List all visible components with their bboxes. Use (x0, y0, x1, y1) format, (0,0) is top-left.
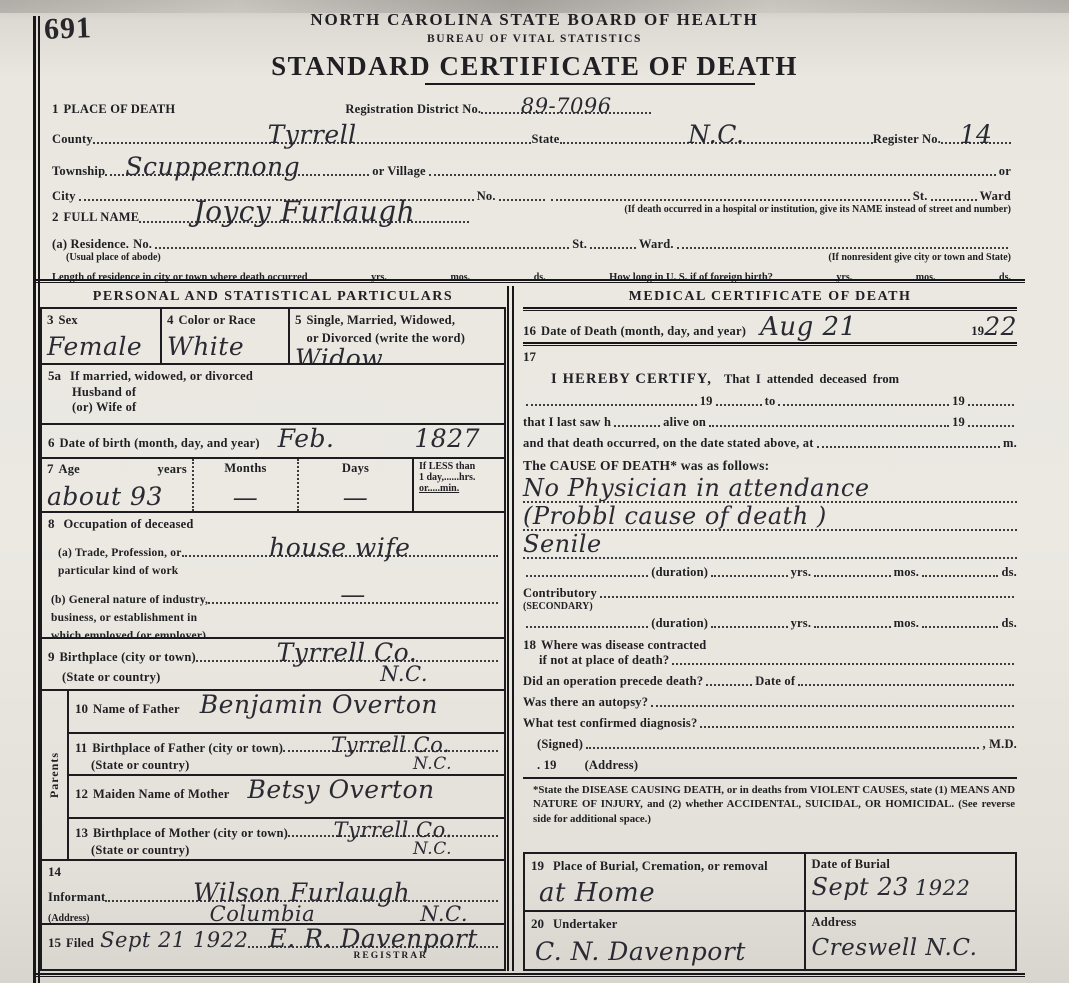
sex-label: Sex (59, 313, 78, 327)
place-of-death-label: PLACE OF DEATH (64, 102, 176, 117)
abode-note: (Usual place of abode) (66, 252, 161, 263)
mother-name-row: 12 Maiden Name of Mother Betsy Overton (69, 776, 504, 819)
item-number: 14 (48, 864, 61, 879)
father-bp-label: Birthplace of Father (city or town) (92, 741, 283, 756)
burial-date-value: Sept 23 (812, 876, 909, 899)
dotted-leader (590, 246, 636, 249)
register-no-field: 14 (941, 123, 1011, 144)
item-5a-box: 5a If married, widowed, or divorced Husb… (40, 365, 506, 425)
occ-a-value: house wife (269, 536, 410, 560)
age-less-label-2: 1 day,......hrs. (419, 472, 499, 483)
father-birthplace-row: 11 Birthplace of Father (city or town) T… (69, 734, 504, 777)
dotted-leader (814, 574, 890, 577)
age-days-label: Days (304, 461, 407, 476)
bottom-rule (34, 973, 1025, 977)
informant-address-label: (Address) (48, 913, 89, 924)
q18-label-1: Where was disease contracted (541, 638, 706, 653)
cause-line-3: Senile (523, 533, 1017, 559)
registrar-caption: REGISTRAR (48, 951, 428, 961)
5a-label-3: (or) Wife of (72, 400, 498, 415)
age-months-value: — (199, 486, 292, 510)
m-label: m. (1003, 436, 1017, 451)
birthplace-label: Birthplace (city or town) (60, 650, 196, 665)
age-years-cell: 7 Age years about 93 (42, 459, 192, 511)
item-number: 1 (52, 101, 59, 117)
medical-column-title: MEDICAL CERTIFICATE OF DEATH (523, 286, 1017, 307)
cause-line-1: No Physician in attendance (523, 477, 1017, 503)
test-line: What test confirmed diagnosis? (523, 716, 1017, 731)
place-of-death-line: 1 PLACE OF DEATH Registration District N… (52, 97, 1011, 117)
occ-b-value: — (340, 583, 366, 607)
form-left-border (33, 16, 40, 983)
occ-a-field: house wife (182, 536, 499, 557)
nonresident-note: (If nonresident give city or town and St… (828, 252, 1011, 263)
occupation-a-line: (a) Trade, Profession, or particular kin… (48, 536, 498, 579)
item-number: 6 (48, 435, 55, 451)
mother-bp-field: Tyrrell Co. (288, 821, 498, 838)
county-label: County (52, 132, 93, 147)
residence-st-label: St. (572, 237, 587, 252)
contributory-label: Contributory (523, 586, 597, 601)
addr19-label: (Address) (585, 758, 639, 773)
dob-month-value: Feb. (278, 427, 335, 451)
marital-label-2: or Divorced (write the word) (307, 331, 466, 345)
scanned-death-certificate: 691 NORTH CAROLINA STATE BOARD OF HEALTH… (0, 0, 1069, 983)
certify-block: 17 I HEREBY CERTIFY, That I attended dec… (523, 348, 1017, 580)
father-bp-value: Tyrrell Co. (331, 736, 450, 756)
mos-label: mos. (894, 565, 919, 580)
occ-a-label-2: particular kind of work (58, 565, 178, 577)
father-value: Benjamin Overton (200, 693, 438, 717)
registration-district-value: 89-7096 (521, 97, 612, 117)
item-number: 18 (523, 637, 536, 653)
item-number: 9 (48, 649, 55, 665)
dotted-leader (716, 403, 762, 406)
full-name-value: Joycy Furlaugh (193, 199, 415, 226)
cause-value-3: Senile (523, 533, 602, 556)
dotted-leader (711, 625, 787, 628)
dotted-leader (323, 173, 369, 176)
column-divider-rule (507, 286, 514, 971)
duration-label: (duration) (651, 616, 708, 631)
full-name-label: FULL NAME (64, 210, 140, 225)
dotted-leader (922, 625, 998, 628)
race-label: Color or Race (179, 313, 256, 327)
informant-box: 14 Informant Wilson Furlaugh (Address) C… (40, 861, 506, 925)
dotted-leader (672, 662, 1014, 665)
item-18-block: 18 Where was disease contracted if not a… (523, 637, 1017, 668)
occupation-b-line: (b) General nature of industry, business… (48, 583, 498, 639)
burial-date-label: Date of Burial (812, 857, 1009, 872)
burial-table: 19 Place of Burial, Cremation, or remova… (523, 852, 1017, 971)
occ-b-field: — (208, 583, 498, 604)
dotted-leader (711, 574, 787, 577)
item-number: 7 (47, 461, 54, 477)
dotted-leader (155, 246, 569, 249)
item-number: 10 (75, 701, 88, 717)
mos-label: mos. (894, 616, 919, 631)
burial-place-value: at Home (539, 881, 798, 906)
burial-place-label: Place of Burial, Cremation, or removal (553, 859, 768, 873)
age-days-cell: Days — (297, 459, 412, 511)
item-number: 5a (48, 368, 61, 383)
occupation-label: Occupation of deceased (64, 517, 194, 531)
parents-vertical-label: Parents (42, 691, 69, 859)
residence-notes-line: (Usual place of abode) (If nonresident g… (52, 252, 1011, 263)
dotted-leader (968, 403, 1014, 406)
birthplace-state-value: N.C. (380, 665, 428, 685)
attended-dates-line: 19 to 19 (523, 394, 1017, 409)
burial-date-cell: Date of Burial Sept 23 1922 (804, 854, 1015, 911)
father-label: Name of Father (93, 702, 180, 717)
last-saw-label: that I last saw h (523, 415, 611, 430)
undertaker-label: Undertaker (553, 917, 618, 931)
mother-value: Betsy Overton (247, 778, 434, 802)
item-number: 16 (523, 323, 536, 339)
age-less-than-cell: If LESS than 1 day,......hrs. or.....min… (412, 459, 504, 511)
dotted-leader (814, 625, 890, 628)
dotted-leader (817, 445, 1000, 448)
or-suffix: or (999, 164, 1011, 179)
title-underline (425, 83, 755, 85)
5a-label-1: If married, widowed, or divorced (70, 369, 253, 383)
item-number: 12 (75, 786, 88, 802)
date-of-label: Date of (755, 674, 795, 689)
certify-bold-text: I HEREBY CERTIFY, (551, 371, 712, 387)
mother-label: Maiden Name of Mother (93, 787, 229, 802)
dotted-leader (922, 574, 998, 577)
dotted-leader (600, 595, 1014, 598)
registrar-signature: E. R. Davenport (268, 927, 477, 951)
section-divider-rule (34, 279, 1025, 283)
residence-line: (a) Residence. No. St. Ward. (52, 237, 1011, 252)
county-value: Tyrrell (268, 123, 357, 147)
residence-label: (a) Residence. (52, 237, 129, 252)
item-number: 15 (48, 935, 61, 951)
dotted-leader (798, 683, 1014, 686)
race-cell: 4Color or Race White (160, 309, 288, 363)
sex-value: Female (47, 335, 155, 359)
test-label: What test confirmed diagnosis? (523, 716, 697, 731)
5a-label-2: Husband of (72, 385, 498, 400)
filed-date-value: Sept 21 1922 (100, 931, 248, 951)
undertaker-row: 20 Undertaker C. N. Davenport Address Cr… (525, 910, 1015, 969)
alive-on-label: alive on (663, 415, 706, 430)
secondary-label: (SECONDARY) (523, 601, 1017, 612)
signed-label: (Signed) (537, 737, 583, 752)
cause-of-death-label-line: The CAUSE OF DEATH* was as follows: (523, 457, 1017, 475)
informant-field: Wilson Furlaugh (105, 881, 498, 902)
dob-year-value: 1827 (414, 427, 480, 451)
dob-label: Date of birth (month, day, and year) (60, 436, 260, 451)
occ-b-label-3: which employed (or employer) (51, 630, 206, 639)
marital-label-1: Single, Married, Widowed, (307, 313, 456, 327)
date-of-birth-row: 6 Date of birth (month, day, and year) F… (40, 425, 506, 459)
occ-a-label-1: (a) Trade, Profession, or (58, 547, 182, 559)
age-label: Age (59, 462, 80, 477)
personal-particulars-column: PERSONAL AND STATISTICAL PARTICULARS 3Se… (40, 286, 506, 971)
township-field: Scuppernong (105, 155, 320, 176)
dod-year-value: 22 (984, 315, 1017, 339)
residence-ward-label: Ward. (639, 237, 674, 252)
dotted-leader (526, 403, 697, 406)
item-number: 13 (75, 825, 88, 841)
columns-container: PERSONAL AND STATISTICAL PARTICULARS 3Se… (40, 286, 1021, 971)
marital-value: Widow (295, 347, 499, 363)
year-19-label: 19 (952, 394, 965, 409)
dod-value: Aug 21 (760, 315, 857, 340)
father-bp-state-value: N.C. (413, 756, 452, 772)
registration-district-label: Registration District No. (345, 102, 481, 117)
age-row: 7 Age years about 93 Months — Days — If … (40, 459, 506, 513)
item-number: 20 (531, 916, 544, 931)
dotted-leader (706, 683, 752, 686)
item-number: 11 (75, 740, 87, 756)
dod-rule (523, 342, 1017, 346)
item-number: 2 (52, 209, 59, 225)
birthplace-state-label: (State or country) (62, 670, 161, 685)
informant-label: Informant (48, 890, 105, 905)
board-title: NORTH CAROLINA STATE BOARD OF HEALTH (0, 10, 1069, 30)
dotted-leader (429, 173, 996, 176)
yrs-label: yrs. (791, 616, 812, 631)
dotted-leader (586, 746, 979, 749)
mother-bp-value: Tyrrell Co. (334, 821, 453, 841)
mother-bp-state-label: (State or country) (91, 843, 190, 858)
age-days-value: — (304, 486, 407, 510)
cause-value-1: No Physician in attendance (523, 477, 870, 500)
mother-bp-label: Birthplace of Mother (city or town) (93, 826, 288, 841)
township-label: Township (52, 164, 105, 179)
death-occurred-line: and that death occurred, on the date sta… (523, 436, 1017, 451)
q18-label-2: if not at place of death? (539, 653, 669, 668)
dotted-leader (968, 424, 1014, 427)
duration-label: (duration) (651, 565, 708, 580)
county-line: County Tyrrell State N.C. Register No. 1… (52, 123, 1011, 147)
medical-title-rule (523, 307, 1017, 311)
disease-footnote: *State the DISEASE CAUSING DEATH, or in … (523, 779, 1017, 829)
father-bp-state-label: (State or country) (91, 758, 190, 773)
race-value: White (167, 335, 283, 359)
item-number: 8 (48, 516, 55, 531)
dotted-leader (526, 574, 648, 577)
signed-line: (Signed) , M.D. (537, 737, 1017, 752)
undertaker-address-cell: Address Creswell N.C. (804, 912, 1015, 969)
dotted-leader (614, 424, 660, 427)
bureau-subtitle: BUREAU OF VITAL STATISTICS (0, 33, 1069, 45)
informant-address-state: N.C. (420, 905, 468, 925)
state-value: N.C. (688, 123, 744, 147)
sex-race-marital-row: 3Sex Female 4Color or Race White 5 Singl… (40, 307, 506, 365)
dotted-leader (700, 725, 1014, 728)
marital-cell: 5 Single, Married, Widowed, or Divorced … (288, 309, 504, 363)
undertaker-address-label: Address (812, 915, 1009, 930)
item-number: 17 (523, 349, 536, 364)
father-name-row: 10 Name of Father Benjamin Overton (69, 691, 504, 734)
age-months-cell: Months — (192, 459, 297, 511)
full-name-line: 2 FULL NAME Joycy Furlaugh (52, 199, 1011, 225)
medical-certificate-column: MEDICAL CERTIFICATE OF DEATH 16 Date of … (515, 286, 1021, 971)
age-less-label-1: If LESS than (419, 461, 499, 472)
birthplace-box: 9 Birthplace (city or town) Tyrrell Co. … (40, 639, 506, 691)
last-saw-line: that I last saw h alive on 19 (523, 415, 1017, 430)
occ-b-label-1: (b) General nature of industry, (51, 594, 208, 606)
yrs-label: yrs. (791, 565, 812, 580)
certificate-header: 691 NORTH CAROLINA STATE BOARD OF HEALTH… (0, 10, 1069, 85)
dotted-leader (709, 424, 949, 427)
dotted-leader (778, 403, 949, 406)
certificate-number-stamp: 691 (43, 11, 92, 47)
dotted-leader (677, 246, 1008, 249)
county-field: Tyrrell (93, 123, 532, 144)
age-months-label: Months (199, 461, 292, 476)
item-number: 4 (167, 312, 174, 327)
undertaker-address-value: Creswell N.C. (812, 938, 1009, 960)
to-label: to (765, 394, 776, 409)
state-label: State (531, 132, 559, 147)
township-value: Scuppernong (125, 155, 300, 179)
dod-year-printed: 19 (971, 324, 984, 339)
certificate-title: STANDARD CERTIFICATE OF DEATH (0, 51, 1069, 82)
informant-address-value: Columbia (210, 905, 316, 925)
mother-bp-state-value: N.C. (413, 841, 452, 857)
ds-label: ds. (1001, 616, 1017, 631)
certify-rest-text: That I attended deceased from (724, 372, 899, 386)
operation-line: Did an operation precede death? Date of (523, 674, 1017, 689)
addr19-number: . 19 (537, 758, 557, 773)
occ-b-label-2: business, or establishment in (51, 612, 197, 624)
register-no-label: Register No. (873, 132, 941, 147)
undertaker-cell: 20 Undertaker C. N. Davenport (525, 912, 804, 969)
burial-date-year: 1922 (915, 879, 970, 899)
age-years-value: about 93 (47, 485, 187, 509)
register-no-value: 14 (960, 123, 993, 147)
md-label: , M.D. (982, 737, 1017, 752)
dotted-leader (526, 625, 648, 628)
occupation-box: 8 Occupation of deceased (a) Trade, Prof… (40, 513, 506, 639)
death-occurred-label: and that death occurred, on the date sta… (523, 436, 814, 451)
item-number: 5 (295, 312, 302, 328)
signer-address-line: . 19 (Address) (523, 758, 1017, 779)
contributory-block: Contributory (SECONDARY) (duration) yrs.… (523, 586, 1017, 631)
dod-label: Date of Death (month, day, and year) (541, 324, 746, 339)
operation-label: Did an operation precede death? (523, 674, 703, 689)
ds-label: ds. (1001, 565, 1017, 580)
age-years-label: years (158, 462, 187, 477)
date-of-death-line: 16 Date of Death (month, day, and year) … (523, 315, 1017, 340)
village-label: or Village (372, 164, 426, 179)
residence-no-label: No. (133, 237, 152, 252)
parents-box: Parents 10 Name of Father Benjamin Overt… (40, 691, 506, 861)
personal-column-title: PERSONAL AND STATISTICAL PARTICULARS (40, 286, 506, 307)
burial-row: 19 Place of Burial, Cremation, or remova… (525, 854, 1015, 911)
dotted-leader (651, 704, 1014, 707)
age-less-label-3: or.....min. (419, 483, 499, 494)
burial-place-cell: 19 Place of Burial, Cremation, or remova… (525, 854, 804, 911)
year-19-label: 19 (952, 415, 965, 430)
sex-cell: 3Sex Female (42, 309, 160, 363)
state-field: N.C. (560, 123, 873, 144)
cause-of-death-label: The CAUSE OF DEATH* was as follows: (523, 458, 769, 473)
registrar-signature-field: E. R. Davenport (248, 927, 498, 948)
item-number: 19 (531, 858, 544, 873)
township-line: Township Scuppernong or Village or (52, 155, 1011, 179)
registration-district-field: 89-7096 (481, 97, 651, 114)
birthplace-field: Tyrrell Co. (196, 641, 498, 662)
full-name-section: 2 FULL NAME Joycy Furlaugh (a) Residence… (52, 199, 1011, 283)
mother-birthplace-row: 13 Birthplace of Mother (city or town) T… (69, 819, 504, 860)
cause-value-2: (Probbl cause of death ) (523, 505, 827, 528)
filed-box: 15 Filed Sept 21 1922 E. R. Davenport RE… (40, 925, 506, 971)
autopsy-label: Was there an autopsy? (523, 695, 648, 710)
certify-line: I HEREBY CERTIFY, That I attended deceas… (551, 370, 1017, 388)
duration-line: (duration) yrs. mos. ds. (523, 565, 1017, 580)
full-name-field: Joycy Furlaugh (139, 199, 469, 223)
item-number: 3 (47, 312, 54, 327)
father-bp-field: Tyrrell Co. (283, 736, 498, 753)
year-19-label: 19 (700, 394, 713, 409)
autopsy-line: Was there an autopsy? (523, 695, 1017, 710)
contributory-duration-line: (duration) yrs. mos. ds. (523, 616, 1017, 631)
cause-line-2: (Probbl cause of death ) (523, 505, 1017, 531)
filed-label: Filed (66, 936, 94, 951)
parents-label-text: Parents (47, 752, 62, 798)
undertaker-value: C. N. Davenport (535, 940, 798, 964)
parents-rows: 10 Name of Father Benjamin Overton 11 Bi… (69, 691, 504, 859)
